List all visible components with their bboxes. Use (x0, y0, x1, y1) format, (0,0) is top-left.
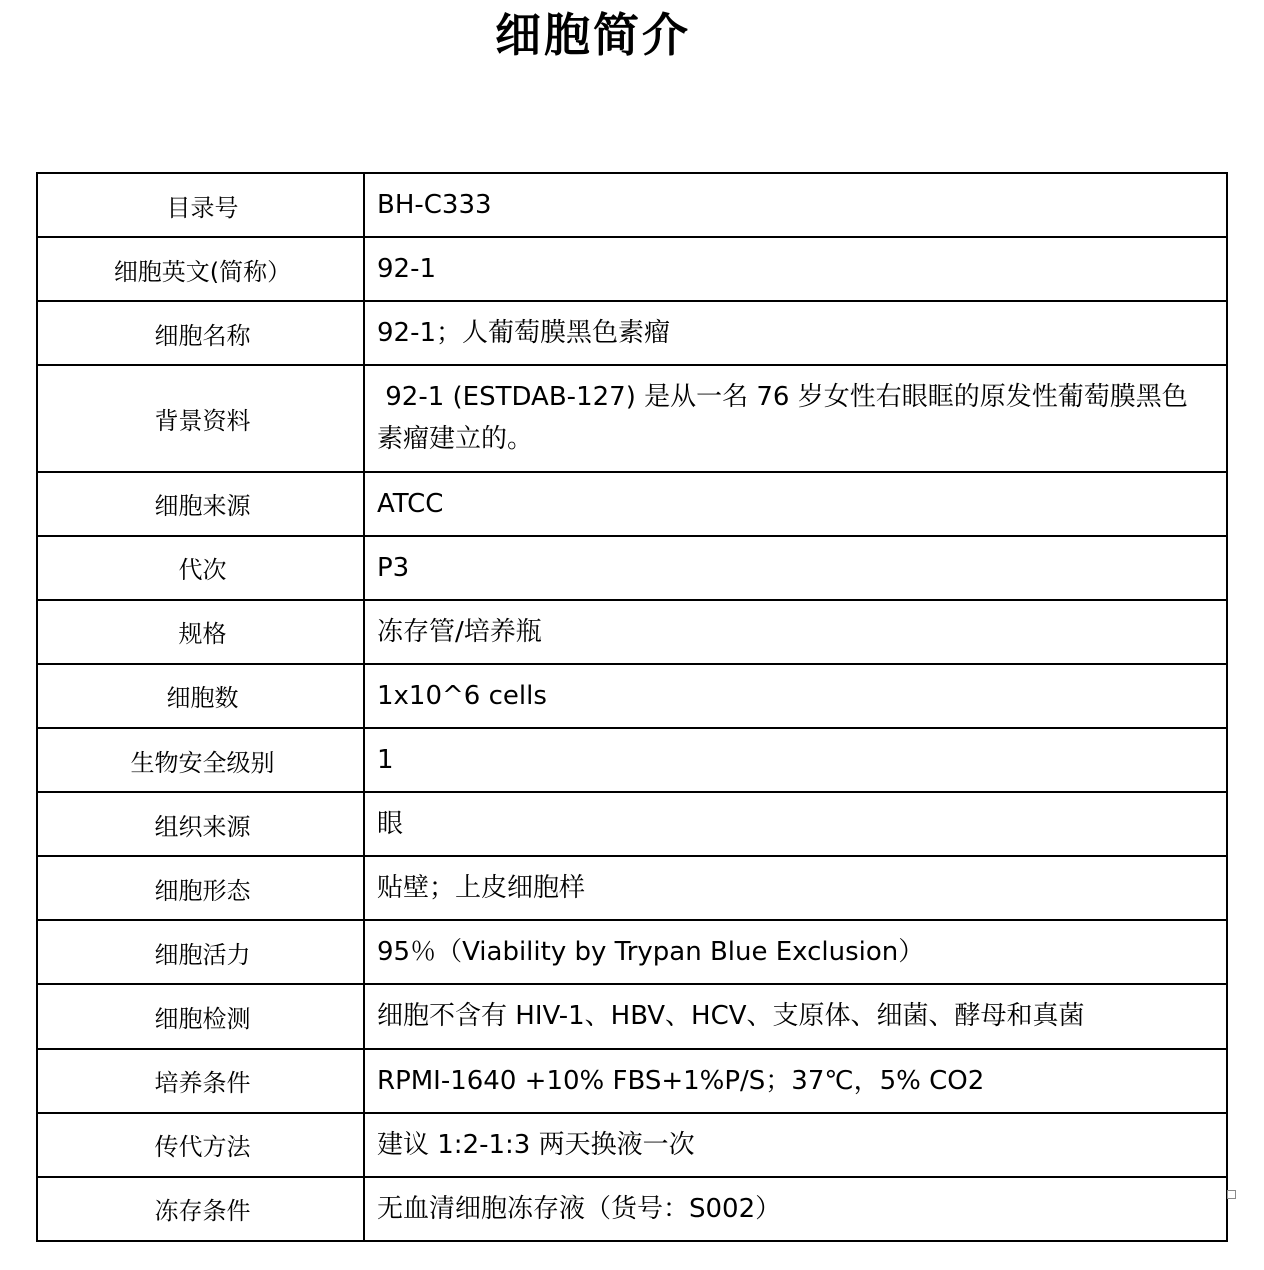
row-value: 92-1；人葡萄膜黑色素瘤 (364, 301, 1227, 365)
table-row: 细胞来源ATCC (37, 472, 1227, 536)
row-value: BH-C333 (364, 173, 1227, 237)
table-row: 传代方法建议 1:2-1:3 两天换液一次 (37, 1113, 1227, 1177)
table-row: 细胞检测细胞不含有 HIV-1、HBV、HCV、支原体、细菌、酵母和真菌 (37, 984, 1227, 1048)
row-label: 培养条件 (37, 1049, 364, 1113)
table-row: 培养条件RPMI-1640 +10% FBS+1%P/S；37℃，5% CO2 (37, 1049, 1227, 1113)
table-row: 规格冻存管/培养瓶 (37, 600, 1227, 664)
row-value: 95％（Viability by Trypan Blue Exclusion） (364, 920, 1227, 984)
table-row: 背景资料 92-1 (ESTDAB-127) 是从一名 76 岁女性右眼眶的原发… (37, 365, 1227, 471)
table-row: 细胞活力95％（Viability by Trypan Blue Exclusi… (37, 920, 1227, 984)
row-value: ATCC (364, 472, 1227, 536)
row-label: 背景资料 (37, 365, 364, 471)
page-title: 细胞简介 (0, 6, 1186, 66)
row-value: 1x10^6 cells (364, 664, 1227, 728)
row-value: P3 (364, 536, 1227, 600)
row-value: RPMI-1640 +10% FBS+1%P/S；37℃，5% CO2 (364, 1049, 1227, 1113)
table-resize-handle[interactable] (1227, 1190, 1236, 1199)
row-label: 细胞数 (37, 664, 364, 728)
table-row: 生物安全级别1 (37, 728, 1227, 792)
cell-info-table: 目录号BH-C333细胞英文(简称）92-1细胞名称92-1；人葡萄膜黑色素瘤背… (36, 172, 1228, 1242)
row-label: 冻存条件 (37, 1177, 364, 1241)
row-value: 1 (364, 728, 1227, 792)
table-row: 细胞数1x10^6 cells (37, 664, 1227, 728)
table-row: 细胞形态贴壁；上皮细胞样 (37, 856, 1227, 920)
row-value: 92-1 (364, 237, 1227, 301)
row-value: 建议 1:2-1:3 两天换液一次 (364, 1113, 1227, 1177)
row-value: 冻存管/培养瓶 (364, 600, 1227, 664)
row-label: 细胞名称 (37, 301, 364, 365)
row-label: 细胞检测 (37, 984, 364, 1048)
row-label: 规格 (37, 600, 364, 664)
cell-info-table-body: 目录号BH-C333细胞英文(简称）92-1细胞名称92-1；人葡萄膜黑色素瘤背… (37, 173, 1227, 1241)
row-label: 代次 (37, 536, 364, 600)
row-label: 组织来源 (37, 792, 364, 856)
table-row: 组织来源眼 (37, 792, 1227, 856)
row-label: 细胞来源 (37, 472, 364, 536)
row-label: 细胞形态 (37, 856, 364, 920)
row-label: 细胞英文(简称） (37, 237, 364, 301)
row-label: 传代方法 (37, 1113, 364, 1177)
table-row: 目录号BH-C333 (37, 173, 1227, 237)
row-value: 无血清细胞冻存液（货号：S002） (364, 1177, 1227, 1241)
row-label: 生物安全级别 (37, 728, 364, 792)
table-row: 细胞名称92-1；人葡萄膜黑色素瘤 (37, 301, 1227, 365)
row-label: 细胞活力 (37, 920, 364, 984)
table-row: 冻存条件无血清细胞冻存液（货号：S002） (37, 1177, 1227, 1241)
table-row: 细胞英文(简称）92-1 (37, 237, 1227, 301)
row-value: 92-1 (ESTDAB-127) 是从一名 76 岁女性右眼眶的原发性葡萄膜黑… (364, 365, 1227, 471)
row-label: 目录号 (37, 173, 364, 237)
table-row: 代次P3 (37, 536, 1227, 600)
document-page: 细胞简介 目录号BH-C333细胞英文(简称）92-1细胞名称92-1；人葡萄膜… (0, 0, 1264, 1270)
row-value: 眼 (364, 792, 1227, 856)
row-value: 贴壁；上皮细胞样 (364, 856, 1227, 920)
row-value: 细胞不含有 HIV-1、HBV、HCV、支原体、细菌、酵母和真菌 (364, 984, 1227, 1048)
